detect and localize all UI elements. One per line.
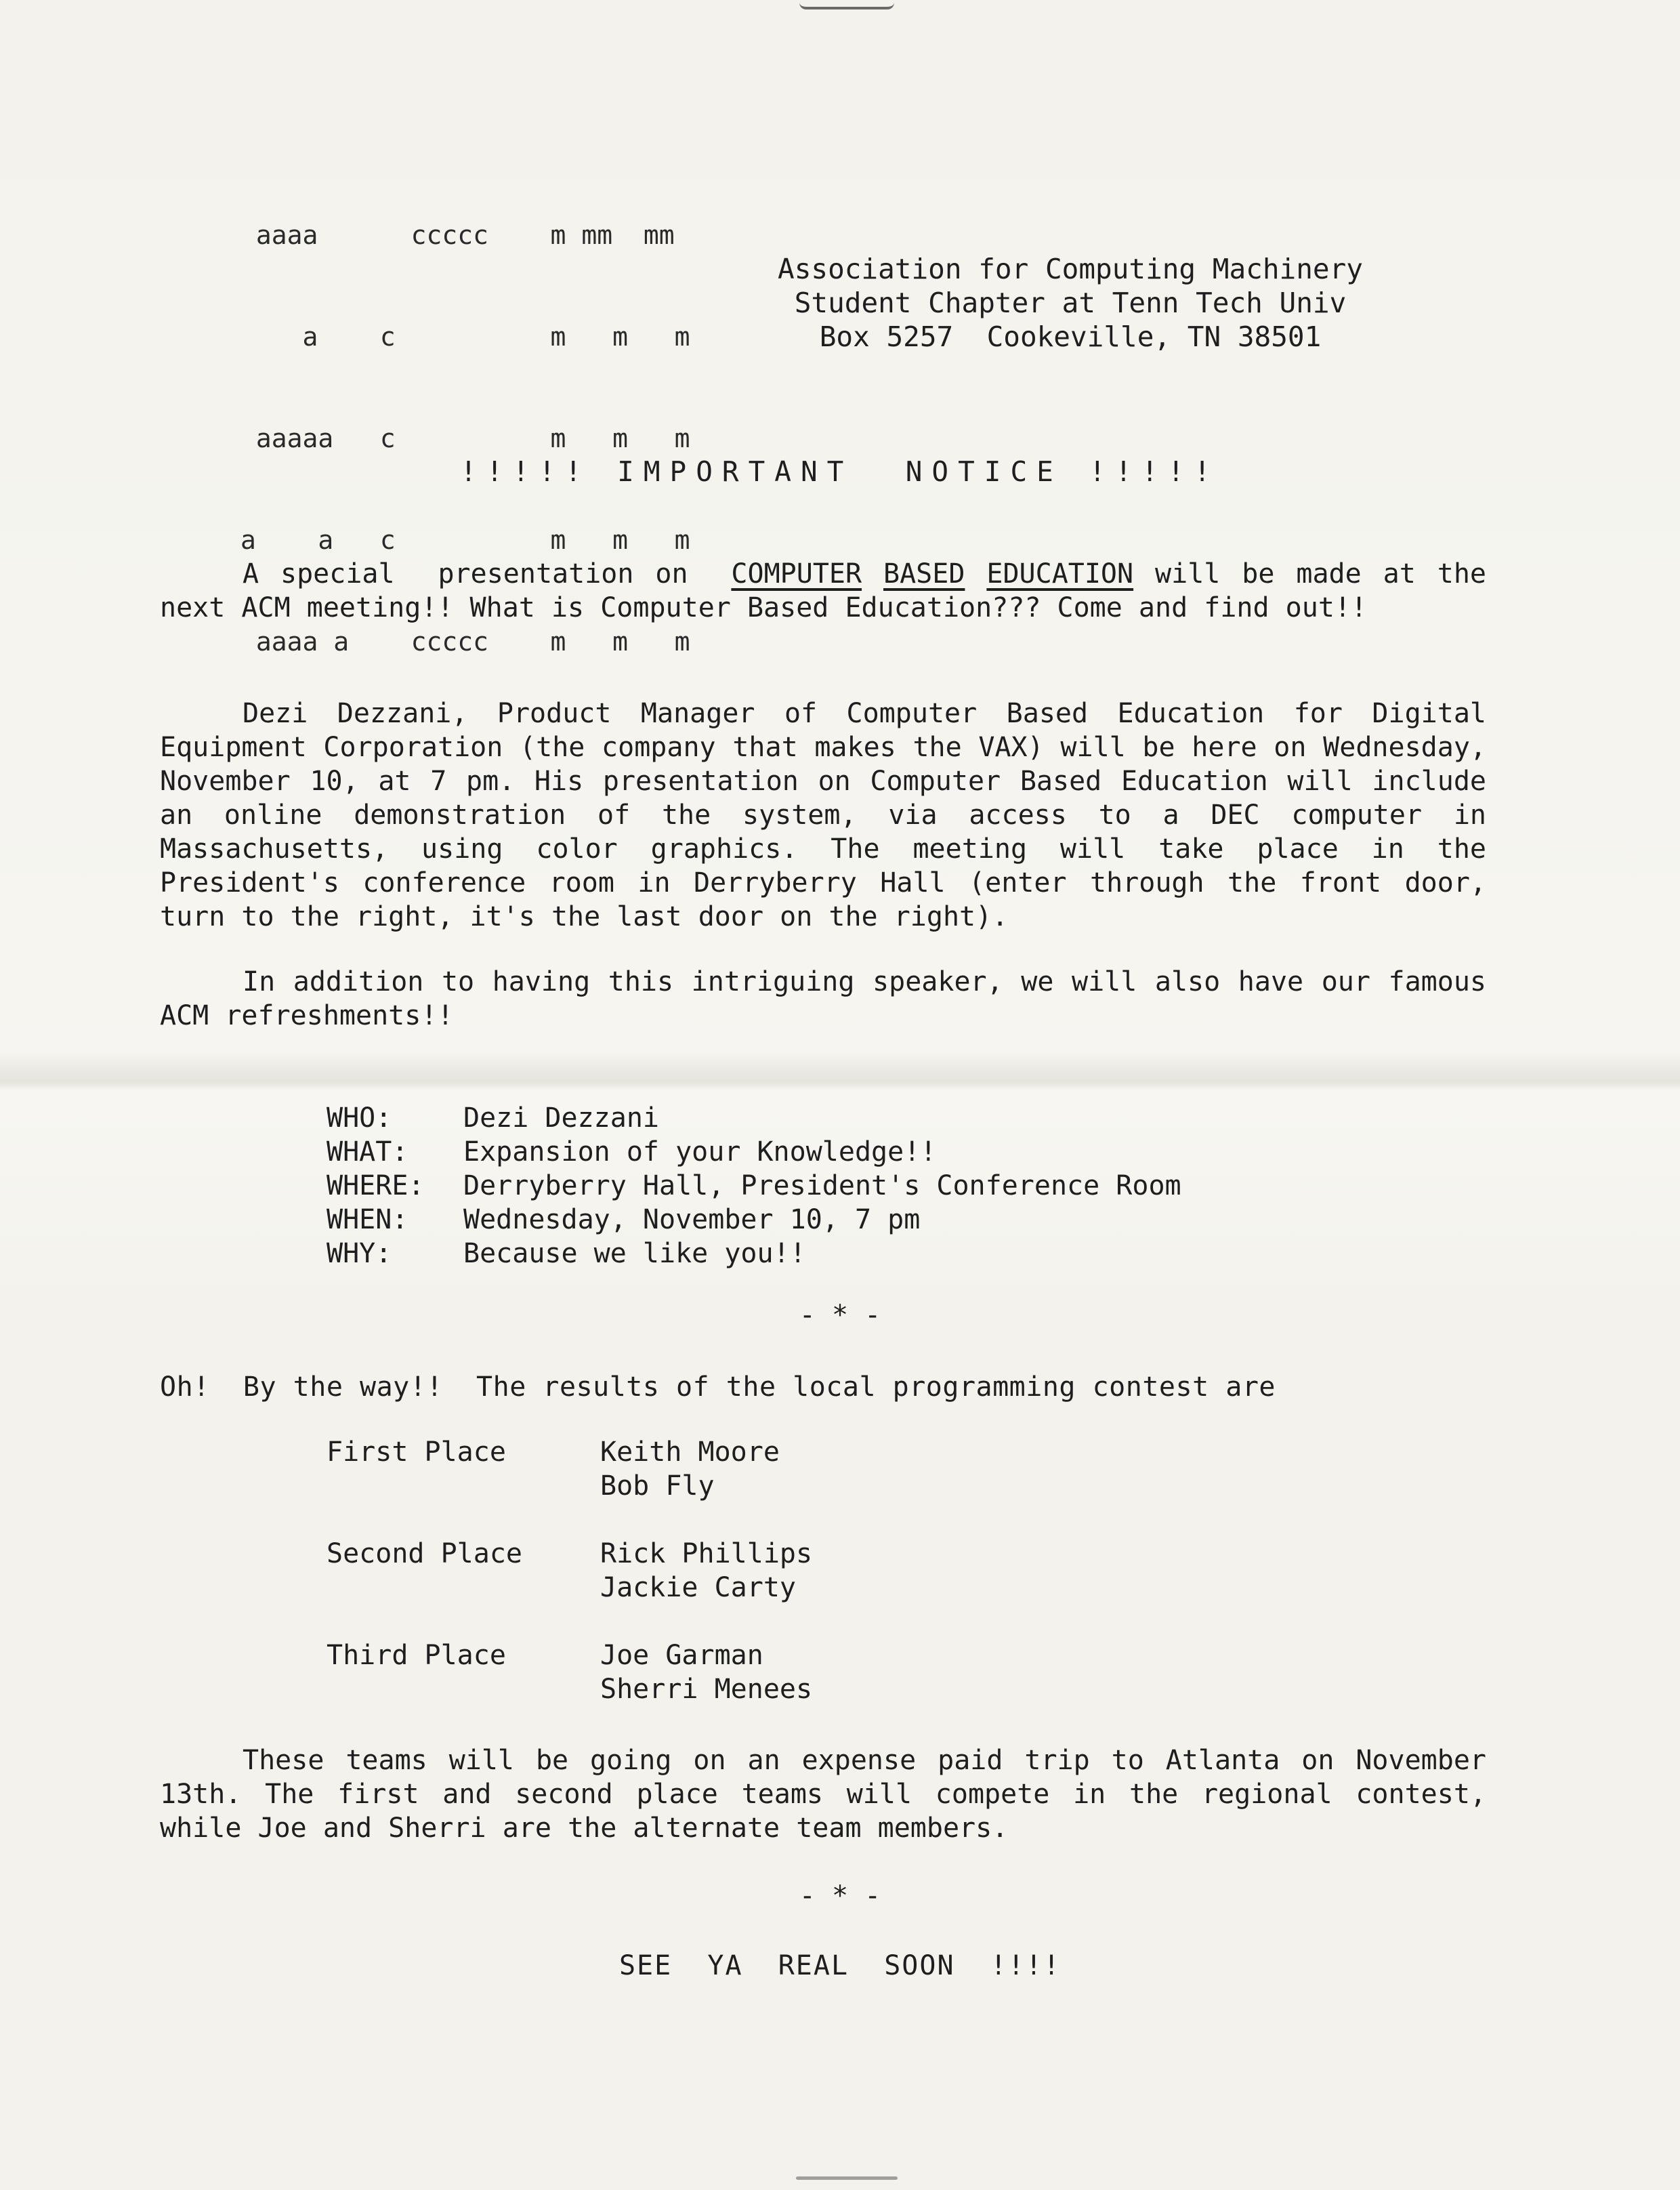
place-label: Third Place (327, 1638, 600, 1706)
logo-line: a c m m m (240, 320, 690, 354)
staple-mark-top (799, 0, 894, 9)
result-first-place: First Place Keith Moore Bob Fly (327, 1435, 812, 1503)
speaker-text: Dezi Dezzani, Product Manager of Compute… (160, 698, 1486, 932)
paragraph-intro: A special presentation on COMPUTER BASED… (160, 557, 1486, 625)
section-divider: - * - (0, 1300, 1680, 1331)
detail-value: Wednesday, November 10, 7 pm (463, 1203, 920, 1237)
detail-label: WHO: (327, 1101, 463, 1135)
result-second-place: Second Place Rick Phillips Jackie Carty (327, 1537, 812, 1605)
organization-header: Association for Computing Machinery Stud… (765, 252, 1375, 354)
detail-label: WHERE: (327, 1169, 463, 1203)
detail-value: Expansion of your Knowledge!! (463, 1135, 936, 1169)
paragraph-atlanta-trip: These teams will be going on an expense … (160, 1743, 1486, 1845)
important-notice-headline: !!!!! IMPORTANT NOTICE !!!!! (0, 455, 1680, 488)
detail-row-who: WHO: Dezi Dezzani (327, 1101, 1181, 1135)
organization-address: Box 5257 Cookeville, TN 38501 (765, 320, 1375, 354)
contest-results: First Place Keith Moore Bob Fly Second P… (327, 1435, 812, 1740)
logo-line: a a c m m m (240, 523, 690, 557)
team-member: Jackie Carty (600, 1571, 812, 1605)
result-third-place: Third Place Joe Garman Sherri Menees (327, 1638, 812, 1706)
team-member: Keith Moore (600, 1435, 780, 1469)
team-member: Bob Fly (600, 1469, 780, 1503)
detail-row-when: WHEN: Wednesday, November 10, 7 pm (327, 1203, 1181, 1237)
section-divider: - * - (0, 1880, 1680, 1912)
contest-intro: Oh! By the way!! The results of the loca… (160, 1370, 1276, 1404)
underlined-word: COMPUTER (731, 558, 862, 590)
place-label: Second Place (327, 1537, 600, 1605)
organization-name: Association for Computing Machinery (765, 252, 1375, 286)
team-member: Sherri Menees (600, 1672, 812, 1706)
underlined-word: EDUCATION (986, 558, 1133, 590)
paragraph-speaker: Dezi Dezzani, Product Manager of Compute… (160, 697, 1486, 934)
organization-chapter: Student Chapter at Tenn Tech Univ (765, 286, 1375, 320)
detail-row-what: WHAT: Expansion of your Knowledge!! (327, 1135, 1181, 1169)
event-details: WHO: Dezi Dezzani WHAT: Expansion of you… (327, 1101, 1181, 1270)
underlined-word: BASED (883, 558, 965, 590)
logo-line: aaaa a ccccc m m m (240, 625, 690, 659)
detail-label: WHEN: (327, 1203, 463, 1237)
logo-line: aaaaa c m m m (240, 421, 690, 455)
detail-row-where: WHERE: Derryberry Hall, President's Conf… (327, 1169, 1181, 1203)
detail-value: Because we like you!! (463, 1237, 806, 1270)
detail-value: Dezi Dezzani (463, 1101, 659, 1135)
intro-text-before: A special presentation on (243, 558, 731, 590)
team-member: Joe Garman (600, 1638, 812, 1672)
detail-value: Derryberry Hall, President's Conference … (463, 1169, 1181, 1203)
logo-line: aaaa ccccc m mm mm (240, 218, 690, 252)
team-member: Rick Phillips (600, 1537, 812, 1571)
closing-line: SEE YA REAL SOON !!!! (0, 1950, 1680, 1981)
detail-label: WHAT: (327, 1135, 463, 1169)
detail-row-why: WHY: Because we like you!! (327, 1237, 1181, 1270)
detail-label: WHY: (327, 1237, 463, 1270)
atlanta-trip-text: These teams will be going on an expense … (160, 1745, 1486, 1844)
refreshments-text: In addition to having this intriguing sp… (160, 966, 1486, 1031)
paragraph-refreshments: In addition to having this intriguing sp… (160, 965, 1486, 1033)
staple-mark-bottom (796, 2176, 898, 2180)
place-label: First Place (327, 1435, 600, 1503)
